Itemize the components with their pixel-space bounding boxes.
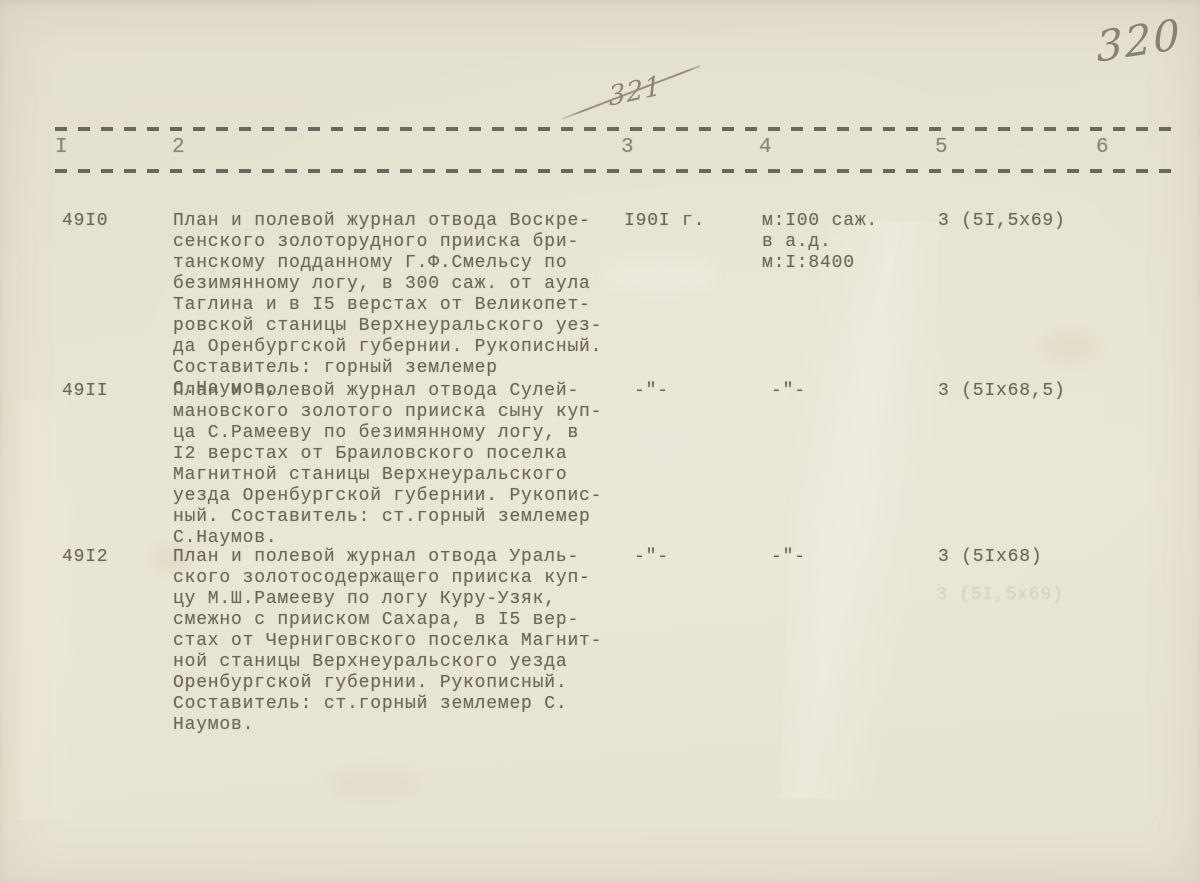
entry-date-ditto: -"-: [634, 381, 669, 402]
strikethrough-line: [562, 65, 701, 120]
entry-scale: м:I00 саж. в а.д. м:I:8400: [762, 211, 878, 274]
column-header-5: 5: [935, 136, 948, 159]
column-header-1: I: [55, 136, 68, 159]
column-header-2: 2: [172, 136, 185, 159]
entry-description: План и полевой журнал отвода Сулей- мано…: [173, 381, 613, 549]
paper-stain: [330, 770, 420, 800]
bleed-through-text: 3 (5I,5x69): [936, 585, 1064, 605]
entry-description: План и полевой журнал отвода Ураль- ског…: [173, 547, 613, 736]
table-header-rule-bottom: [55, 169, 1177, 173]
paper-sheen: [780, 218, 940, 803]
column-header-4: 4: [759, 136, 772, 159]
entry-size: 3 (5Ix68,5): [938, 381, 1066, 402]
entry-size: 3 (5Ix68): [938, 547, 1042, 568]
entry-scale-ditto: -"-: [771, 381, 806, 402]
paper-stain: [1040, 330, 1100, 364]
entry-date: I90I г.: [624, 211, 705, 232]
column-header-3: 3: [621, 136, 634, 159]
entry-number: 49I2: [62, 547, 108, 568]
paper-sheen: [20, 400, 80, 820]
paper-stain: [600, 255, 720, 295]
entry-scale-ditto: -"-: [771, 547, 806, 568]
entry-date-ditto: -"-: [634, 547, 669, 568]
scanned-archive-page: 320 321 I 2 3 4 5 6 49I0 План и полевой …: [0, 0, 1200, 882]
column-header-6: 6: [1096, 136, 1109, 159]
entry-description: План и полевой журнал отвода Воскре- сен…: [173, 211, 613, 400]
entry-size: 3 (5I,5x69): [938, 211, 1066, 232]
entry-number: 49I0: [62, 211, 108, 232]
handwritten-page-number: 320: [1095, 9, 1183, 72]
table-header-rule-top: [55, 127, 1177, 131]
entry-number: 49II: [62, 381, 108, 402]
